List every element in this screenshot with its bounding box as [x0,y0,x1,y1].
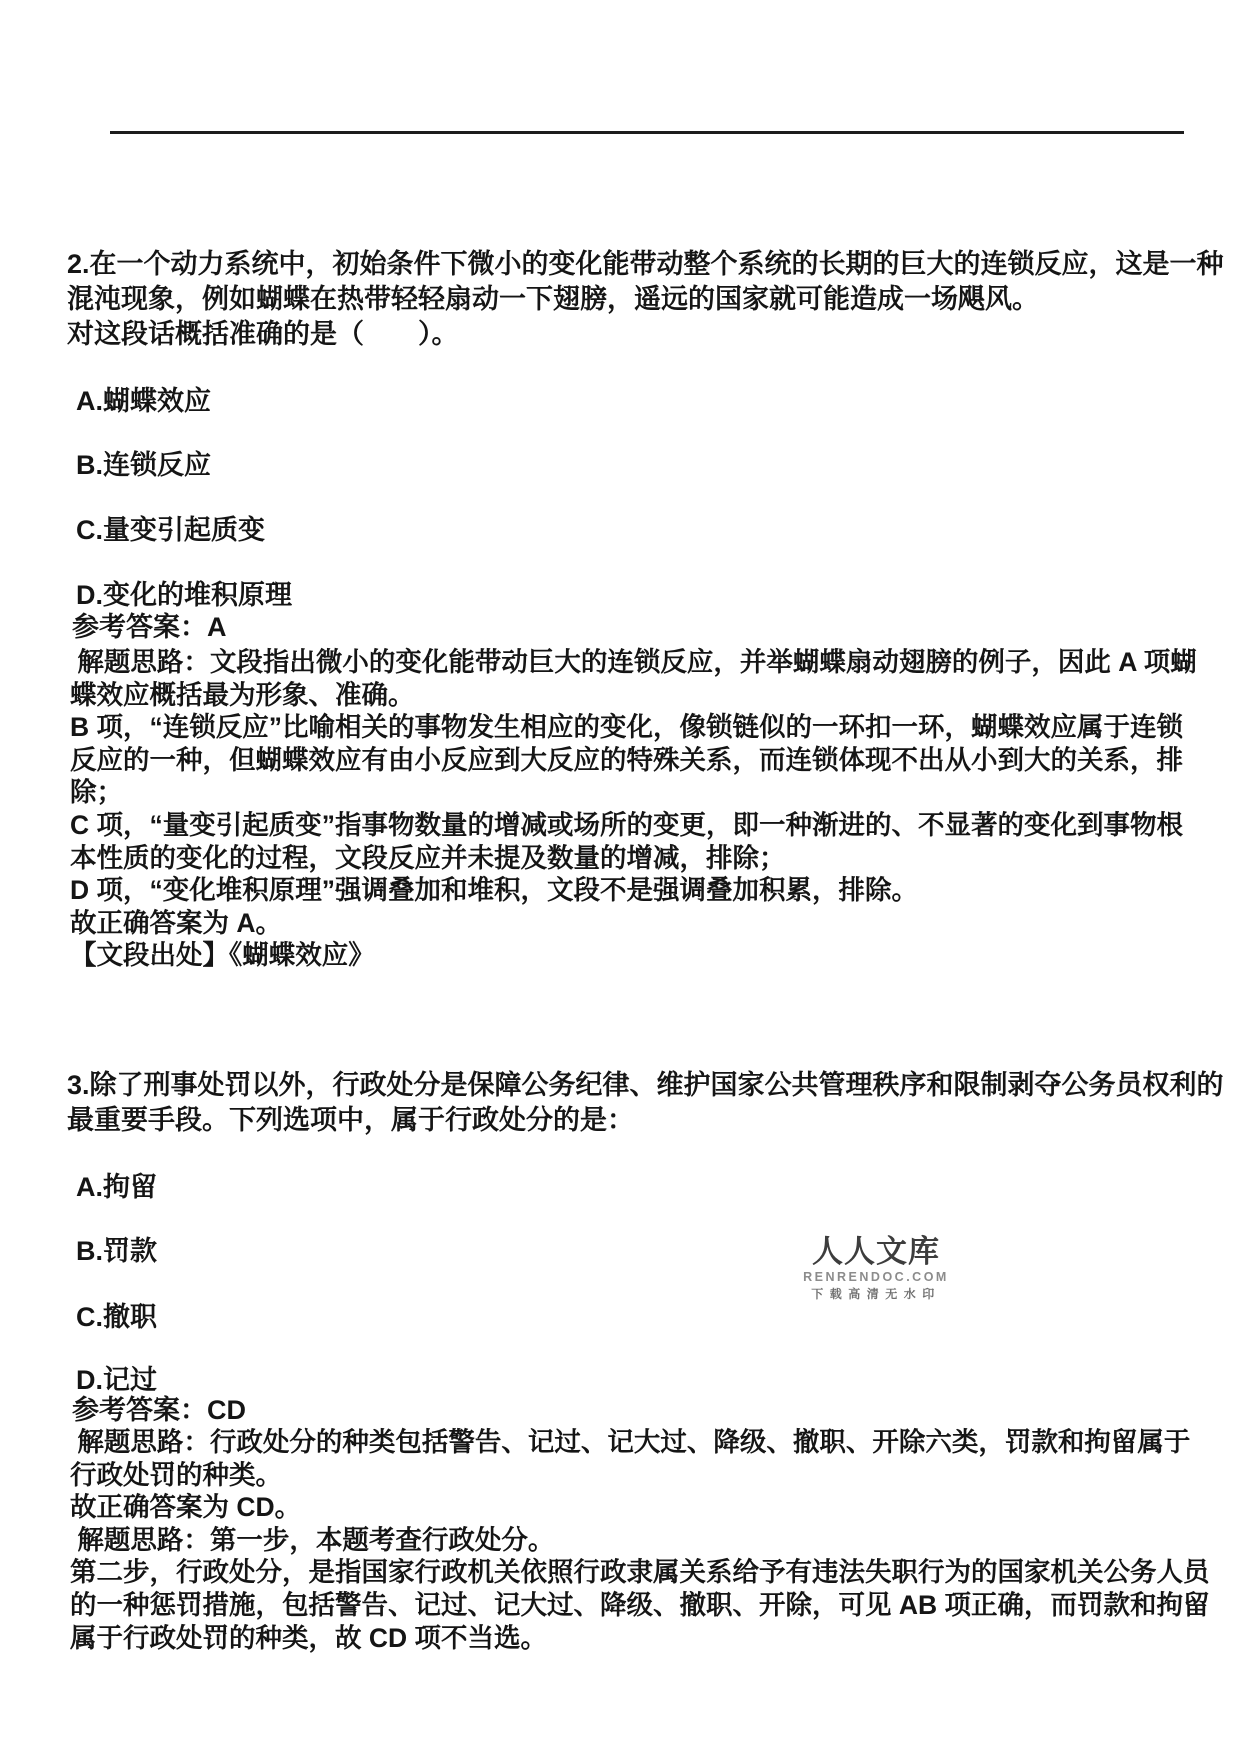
watermark-tagline: 下载高清无水印 [796,1287,956,1301]
question-3-option-a: A.拘留 [76,1171,1176,1203]
watermark-domain: RENRENDOC.COM [796,1270,956,1284]
question-2-option-a: A.蝴蝶效应 [76,385,1176,417]
question-2-passage-source: 【文段出处】《蝴蝶效应》 [70,939,1170,971]
document-page: 2.在一个动力系统中，初始条件下微小的变化能带动整个系统的长期的巨大的连锁反应，… [0,0,1240,1753]
question-2-option-c: C.量变引起质变 [76,514,1176,546]
question-2-explanation: 解题思路：文段指出微小的变化能带动巨大的连锁反应，并举蝴蝶扇动翅膀的例子，因此 … [70,646,1235,939]
question-2-option-b: B.连锁反应 [76,449,1176,481]
watermark-logo-text: 人人文库 [796,1236,956,1268]
question-3-stem: 3.除了刑事处罚以外，行政处分是保障公务纪律、维护国家公共管理秩序和限制剥夺公务… [67,1068,1227,1138]
question-3-option-c: C.撤职 [76,1301,1176,1333]
watermark: 人人文库 RENRENDOC.COM 下载高清无水印 [796,1236,956,1301]
header-divider [110,131,1184,134]
question-2-reference-answer: 参考答案：A [72,611,1172,643]
question-2-stem: 2.在一个动力系统中，初始条件下微小的变化能带动整个系统的长期的巨大的连锁反应，… [67,247,1227,352]
question-3-reference-answer: 参考答案：CD [72,1394,1172,1426]
question-2-option-d: D.变化的堆积原理 [76,579,1176,611]
question-3-option-d: D.记过 [76,1364,1176,1396]
question-3-option-b: B.罚款 [76,1235,1176,1267]
question-3-explanation: 解题思路：行政处分的种类包括警告、记过、记大过、降级、撤职、开除六类，罚款和拘留… [70,1426,1235,1654]
